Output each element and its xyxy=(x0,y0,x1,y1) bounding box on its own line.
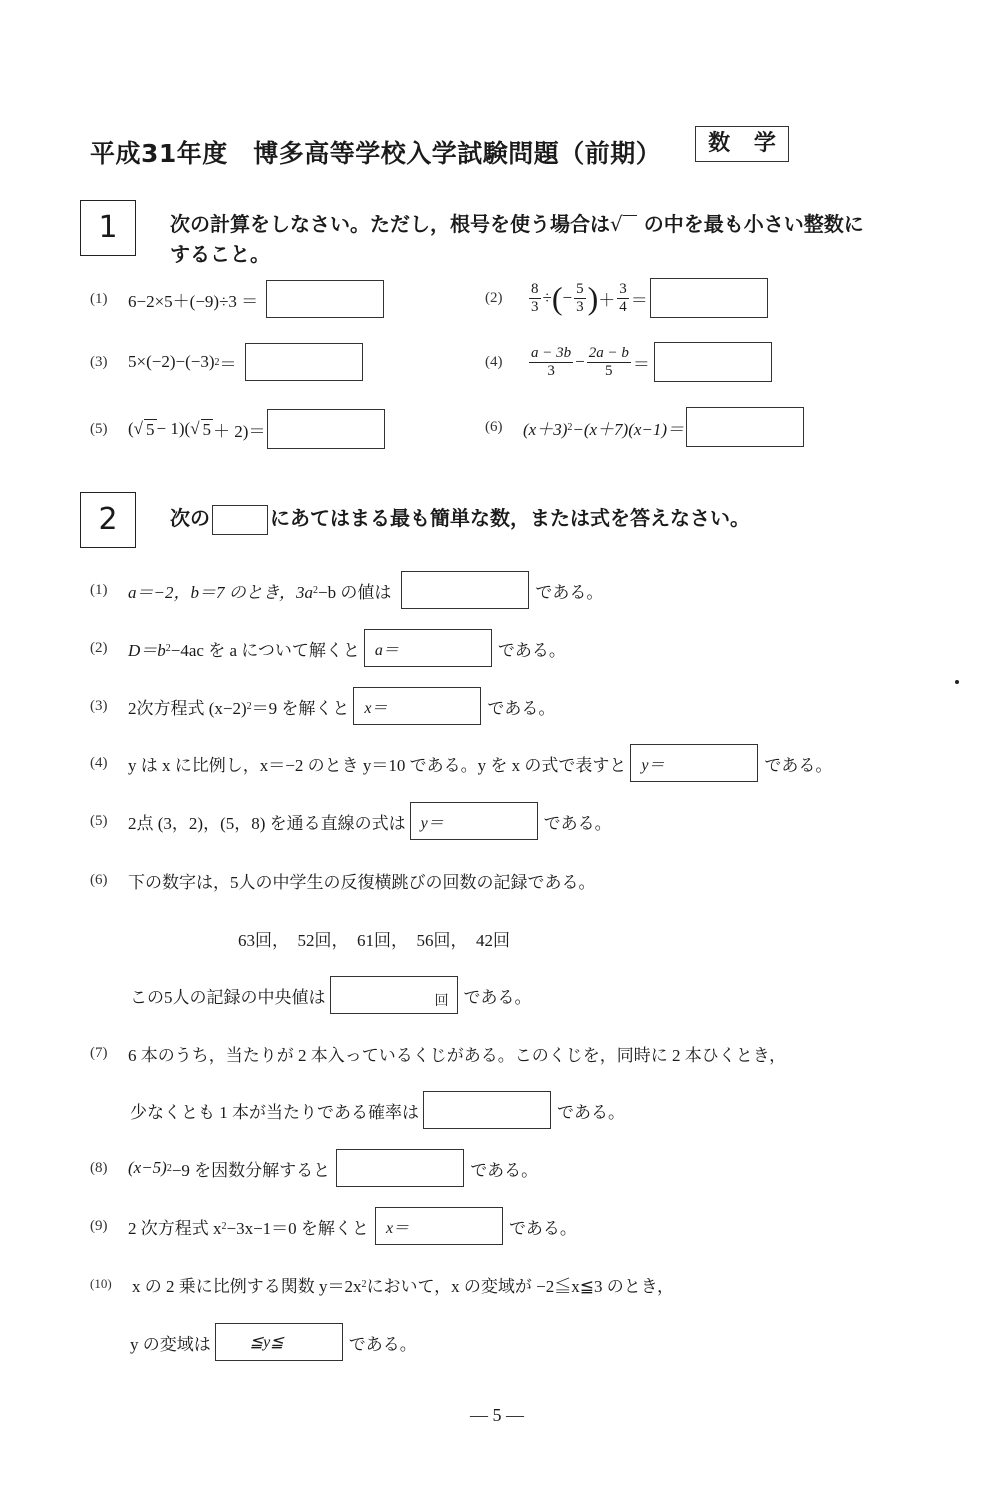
question-2-8: (8) (x−5)2−9 を因数分解すると である。 xyxy=(90,1149,538,1187)
answer-box-1-3[interactable] xyxy=(245,343,363,381)
subject-label: 数 学 xyxy=(695,126,789,162)
fraction: 34 xyxy=(617,281,629,316)
question-number: (5) xyxy=(90,813,128,830)
answer-box-1-6[interactable] xyxy=(686,407,804,447)
answer-box-2-9[interactable]: x＝ xyxy=(375,1207,503,1245)
question-2-3: (3) 2次方程式 (x−2)2＝9 を解くと x＝ である。 xyxy=(90,687,555,725)
question-number: (2) xyxy=(485,290,527,307)
question-number: (8) xyxy=(90,1160,128,1177)
question-2-9: (9) 2 次方程式 x2−3x−1＝0 を解くと x＝ である。 xyxy=(90,1207,577,1245)
section-2-instruction: 次のにあてはまる最も簡単な数，または式を答えなさい。 xyxy=(170,503,750,535)
answer-box-2-4[interactable]: y＝ xyxy=(630,744,758,782)
question-number: (5) xyxy=(90,421,128,438)
answer-box-2-7[interactable] xyxy=(423,1091,551,1129)
answer-box-2-8[interactable] xyxy=(336,1149,464,1187)
question-number: (6) xyxy=(485,419,523,436)
question-1-5: (5) ( √5 − 1)( √5 ＋ 2)＝ xyxy=(90,409,385,449)
instruction-text: 次の計算をしなさい。ただし，根号を使う場合は xyxy=(170,212,610,236)
fraction: a − 3b3 xyxy=(529,345,573,380)
question-1-4: (4) a − 3b3 − 2a − b5 ＝ xyxy=(485,340,772,384)
question-1-2: (2) 83 ÷ (− 53 ) ＋ 34 ＝ xyxy=(485,276,768,320)
answer-box-2-5[interactable]: y＝ xyxy=(410,802,538,840)
question-2-10-answer-line: y の変域は ≦y≦ である。 xyxy=(130,1323,417,1361)
sqrt-symbol: √ xyxy=(610,212,623,236)
answer-box-2-1[interactable] xyxy=(401,571,529,609)
question-number: (1) xyxy=(90,582,128,599)
question-number: (4) xyxy=(485,354,527,371)
unit-label: 回 xyxy=(435,990,449,1010)
question-number: (3) xyxy=(90,698,128,715)
question-number: (9) xyxy=(90,1218,128,1235)
exam-title: 平成31年度 博多高等学校入学試験問題（前期） xyxy=(90,134,661,170)
question-2-10: (10) x の 2 乗に比例する関数 y＝2x2 において，x の変域が −2… xyxy=(90,1270,674,1298)
section-1-number: 1 xyxy=(80,200,136,256)
fraction: 83 xyxy=(529,281,541,316)
question-number: (4) xyxy=(90,755,128,772)
sqrt-icon: √ xyxy=(190,419,199,439)
question-number: (1) xyxy=(90,291,128,308)
answer-box-2-6[interactable]: 回 xyxy=(330,976,458,1014)
question-number: (10) xyxy=(90,1276,132,1292)
question-2-1: (1) a＝−2，b＝7 のとき，3a2−b の値は である。 xyxy=(90,571,603,609)
question-number: (3) xyxy=(90,354,128,371)
question-2-5: (5) 2点 (3，2)，(5，8) を通る直線の式は y＝ である。 xyxy=(90,802,612,840)
question-number: (6) xyxy=(90,872,128,889)
question-2-7-answer-line: 少なくとも 1 本が当たりである確率は である。 xyxy=(130,1091,625,1129)
answer-box-1-2[interactable] xyxy=(650,278,768,318)
question-2-7: (7) 6 本のうち，当たりが 2 本入っているくじがある。このくじを，同時に … xyxy=(90,1039,786,1067)
question-2-2: (2) D＝b2−4ac を a について解くと a＝ である。 xyxy=(90,629,566,667)
answer-box-2-10[interactable]: ≦y≦ xyxy=(215,1323,343,1361)
question-number: (2) xyxy=(90,640,128,657)
question-1-6: (6) (x＋3)2−(x＋7)(x−1)＝ xyxy=(485,407,804,447)
question-1-3: (3) 5×(−2)−(−3)2＝ xyxy=(90,343,363,381)
instruction-text-b: の中を最も小さい整数に xyxy=(637,212,864,236)
answer-box-1-4[interactable] xyxy=(654,342,772,382)
section-1-instruction-line1: 次の計算をしなさい。ただし，根号を使う場合は√ の中を最も小さい整数に xyxy=(170,209,864,239)
fraction: 53 xyxy=(574,281,586,316)
question-2-4: (4) y は x に比例し，x＝−2 のとき y＝10 である。y を x の… xyxy=(90,744,832,782)
placeholder-box-icon xyxy=(212,505,268,535)
expression: 6−2×5＋(−9)÷3 ＝ xyxy=(128,287,258,312)
question-2-6-answer-line: この5人の記録の中央値は 回 である。 xyxy=(130,976,532,1014)
scan-speck xyxy=(955,680,959,684)
page-number: — 5 — xyxy=(470,1405,524,1426)
question-number: (7) xyxy=(90,1045,128,1062)
answer-box-2-2[interactable]: a＝ xyxy=(364,629,492,667)
question-2-6: (6) 下の数字は，5人の中学生の反復横跳びの回数の記録である。 xyxy=(90,866,596,894)
answer-box-1-1[interactable] xyxy=(266,280,384,318)
answer-box-2-3[interactable]: x＝ xyxy=(353,687,481,725)
section-1-instruction-line2: すること。 xyxy=(170,239,270,269)
section-2-number: 2 xyxy=(80,492,136,548)
fraction: 2a − b5 xyxy=(587,345,631,380)
question-1-1: (1) 6−2×5＋(−9)÷3 ＝ xyxy=(90,280,384,318)
records-list: 63回， 52回， 61回， 56回， 42回 xyxy=(238,924,510,952)
sqrt-icon: √ xyxy=(134,419,143,439)
answer-box-1-5[interactable] xyxy=(267,409,385,449)
